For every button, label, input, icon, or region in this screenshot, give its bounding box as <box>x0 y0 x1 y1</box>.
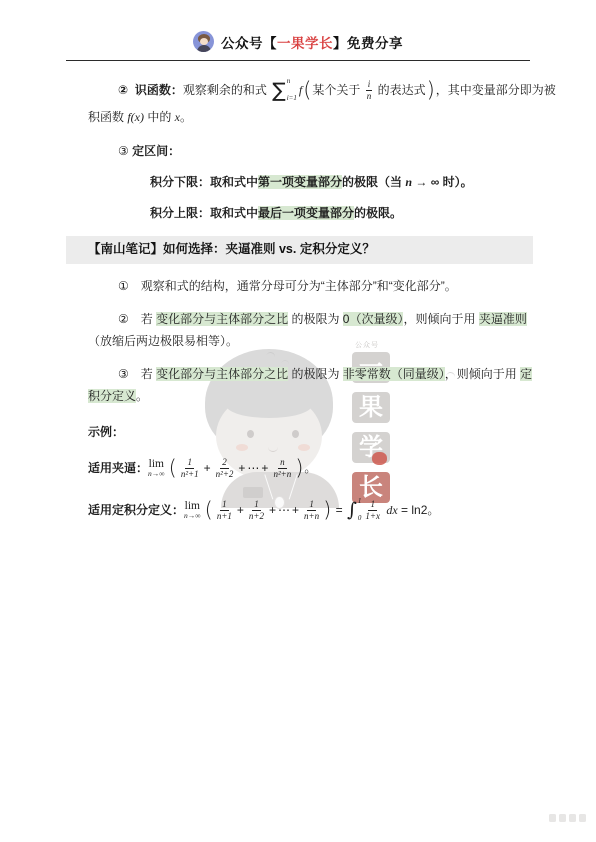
example-heading: 示例： <box>88 423 533 442</box>
highlighted-text: 变化部分与主体部分之比 <box>156 312 288 326</box>
text-segment: 的极限（当 <box>342 175 405 189</box>
text-segment: → ∞ 时）。 <box>412 175 473 189</box>
header-title-account-name: 一果学长 <box>277 36 333 51</box>
para-interval-heading: ③ 定区间： <box>88 142 533 161</box>
highlighted-text: 夹逼准则 <box>479 312 527 326</box>
interval-label: 定区间： <box>132 144 180 158</box>
fraction: 11+x <box>363 499 382 521</box>
text-segment: 的极限。 <box>354 206 402 220</box>
fraction-i-over-n: i n <box>365 79 374 101</box>
header-title-prefix: 公众号【 <box>221 36 277 51</box>
integral-lower-bound: 0 <box>358 515 362 522</box>
limit-operator: lim n→∞ <box>184 500 201 520</box>
text-segment: 的极限为 <box>288 312 343 326</box>
integral-upper-bound: 1 <box>358 498 362 505</box>
identify-pre-text: 观察剩余的和式 <box>183 81 270 100</box>
bullet-3: ③ <box>118 144 129 158</box>
text-segment: ，则倾向于用 <box>403 312 478 326</box>
dx-term: dx <box>386 501 397 520</box>
text-segment: ，则倾向于用 <box>445 367 520 381</box>
fraction: 2n²+2 <box>214 457 236 479</box>
example-squeeze-line: 适用夹逼： lim n→∞ ( 1n²+1 + 2n²+2 + ⋯ + nn²+… <box>88 453 533 483</box>
identify-inner-pre: 某个关于 <box>312 81 363 100</box>
note-item-3: ③ 若 变化部分与主体部分之比 的极限为 非零常数（同量级），则倾向于用 定积分… <box>88 363 533 407</box>
identify-post-text: ，其中变量部分即为被 <box>436 81 556 100</box>
fx-expression: f(x) <box>127 110 144 124</box>
bullet-2: ② <box>118 81 128 100</box>
summation-symbol: ∑ n i=1 <box>272 78 297 102</box>
result-ln2: ln2 <box>411 501 427 520</box>
header-divider <box>66 60 530 61</box>
highlighted-text: 最后一项变量部分 <box>258 206 354 220</box>
function-f: f <box>299 81 302 100</box>
identify-inner-post: 的表达式 <box>374 81 425 100</box>
highlighted-text: 0（次量级） <box>343 312 404 326</box>
ellipsis: ⋯ <box>247 459 259 478</box>
account-avatar-icon <box>193 31 214 52</box>
squeeze-label: 适用夹逼： <box>88 459 148 478</box>
fraction: 1n+1 <box>215 499 234 521</box>
sum-lower-limit: i=1 <box>287 95 297 102</box>
limit-operator: lim n→∞ <box>148 458 165 478</box>
sum-upper-limit: n <box>287 78 297 85</box>
corner-watermark <box>549 814 586 822</box>
fraction: 1n+n <box>302 499 321 521</box>
fraction: nn²+n <box>271 457 293 479</box>
ellipsis: ⋯ <box>278 501 290 520</box>
note-item-2: ② 若 变化部分与主体部分之比 的极限为 0（次量级），则倾向于用 夹逼准则（放… <box>88 308 533 352</box>
header-title: 公众号【一果学长】免费分享 <box>221 32 403 52</box>
document-body: ② 识函数： 观察剩余的和式 ∑ n i=1 f ( 某个关于 i n 的表达式… <box>88 75 533 525</box>
text-segment: 积分上限：取和式中 <box>150 206 258 220</box>
highlighted-text: 变化部分与主体部分之比 <box>156 367 288 381</box>
note-item-1: ① 观察和式的结构，通常分母可分为“主体部分”和“变化部分”。 <box>88 275 533 297</box>
close-paren: ) <box>295 458 303 479</box>
text-segment: 的极限为 <box>288 367 343 381</box>
integral-label: 适用定积分定义： <box>88 501 184 520</box>
text-segment: 。 <box>136 389 148 403</box>
text-segment: （放缩后两边极限易相等）。 <box>88 334 238 348</box>
example-integral-line: 适用定积分定义： lim n→∞ ( 1n+1 + 1n+2 + ⋯ + 1n+… <box>88 495 533 525</box>
header-title-suffix: 】免费分享 <box>333 36 403 51</box>
text-segment: ② 若 <box>118 312 156 326</box>
close-paren: ) <box>427 80 435 101</box>
lower-limit-line: 积分下限：取和式中第一项变量部分的极限（当 n → ∞ 时）。 <box>150 173 533 191</box>
equals: = <box>336 501 343 520</box>
identify-label: 识函数： <box>135 81 183 100</box>
highlighted-text: 非零常数（同量级） <box>343 367 445 381</box>
highlighted-text: 第一项变量部分 <box>258 175 342 189</box>
upper-limit-line: 积分上限：取和式中最后一项变量部分的极限。 <box>150 204 533 222</box>
open-paren: ( <box>303 80 311 101</box>
para-identify-function-line1: ② 识函数： 观察剩余的和式 ∑ n i=1 f ( 某个关于 i n 的表达式… <box>88 75 533 105</box>
close-paren: ) <box>323 500 331 521</box>
page-header: 公众号【一果学长】免费分享 <box>0 0 596 52</box>
equals: = <box>401 501 408 520</box>
text-segment: 积分下限：取和式中 <box>150 175 258 189</box>
para-identify-function-line2: 积函数 f(x) 中的 x。 <box>88 108 533 127</box>
open-paren: ( <box>205 500 213 521</box>
fraction: 1n+2 <box>247 499 266 521</box>
text-segment: ③ 若 <box>118 367 156 381</box>
integral-symbol: ∫ 1 0 <box>347 498 361 522</box>
note-section-title: 【南山笔记】如何选择：夹逼准则 vs. 定积分定义？ <box>66 236 533 263</box>
fraction: 1n²+1 <box>179 457 201 479</box>
document-page: 公众号 一 果 学 长 公众号【一果学长】免费分享 ② 识函数： 观察剩余的和式… <box>0 0 596 842</box>
text-segment: ① 观察和式的结构，通常分母可分为“主体部分”和“变化部分”。 <box>118 279 457 293</box>
open-paren: ( <box>169 458 177 479</box>
